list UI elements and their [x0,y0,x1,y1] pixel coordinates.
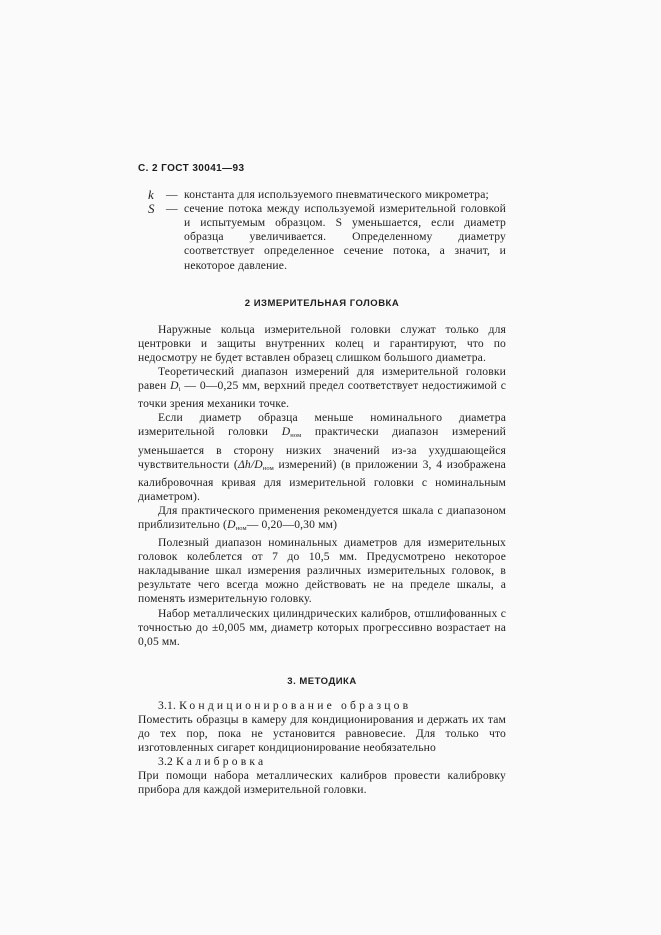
symbol-definitions: k — константа для используемого пневмати… [148,188,506,273]
page-header: С. 2 ГОСТ 30041—93 [138,162,506,176]
subsection-3-1-heading: 3.1. Кондиционирование образцов [138,699,506,713]
formula-subscript: ном [236,525,247,532]
symbol-s: S [148,202,166,272]
formula-subscript: ном [290,432,301,439]
subsection-title: Кондиционирование образцов [179,699,411,712]
section-2-paragraph: Теоретический диапазон измерений для изм… [138,365,506,411]
definition-s: S — сечение потока между используемой из… [148,202,506,272]
subsection-title: Калибровка [176,755,266,768]
definition-text: константа для используемого пневматическ… [184,188,506,202]
definition-text: сечение потока между используемой измери… [184,202,506,272]
subsection-number: 3.2 [158,755,173,768]
subsection-3-1-text: Поместить образцы в камеру для кондицион… [138,713,506,755]
section-2-paragraph: Набор металлических цилиндрических калиб… [138,607,506,649]
formula-subscript: ном [263,465,274,472]
section-2-paragraph: Для практического применения рекомендует… [138,504,506,536]
definition-k: k — константа для используемого пневмати… [148,188,506,202]
paragraph-text: — 0,20—0,30 мм) [247,518,337,531]
formula-symbol: D [227,518,236,531]
formula-symbol: D [282,425,291,438]
section-2-paragraph: Наружные кольца измерительной головки сл… [138,323,506,365]
section-3-title: 3. МЕТОДИКА [138,675,506,689]
section-2-title: 2 ИЗМЕРИТЕЛЬНАЯ ГОЛОВКА [138,297,506,311]
formula-fraction: Δh/D [238,458,263,471]
subsection-3-2-text: При помощи набора металлических калибров… [138,769,506,797]
page-number: С. 2 [138,163,158,174]
section-2-paragraph: Если диаметр образца меньше номинального… [138,411,506,504]
document-page: С. 2 ГОСТ 30041—93 k — константа для исп… [138,162,506,798]
definition-dash: — [166,188,184,202]
definition-dash: — [166,202,184,272]
subsection-number: 3.1. [158,699,176,712]
section-2-paragraph: Полезный диапазон номинальных диаметров … [138,536,506,606]
subsection-3-2-heading: 3.2 Калибровка [138,755,506,769]
formula-symbol: D [170,379,179,392]
paragraph-text: — 0—0,25 мм, верхний предел соответствуе… [138,379,506,410]
standard-code: ГОСТ 30041—93 [161,163,244,174]
symbol-k: k [148,188,166,202]
